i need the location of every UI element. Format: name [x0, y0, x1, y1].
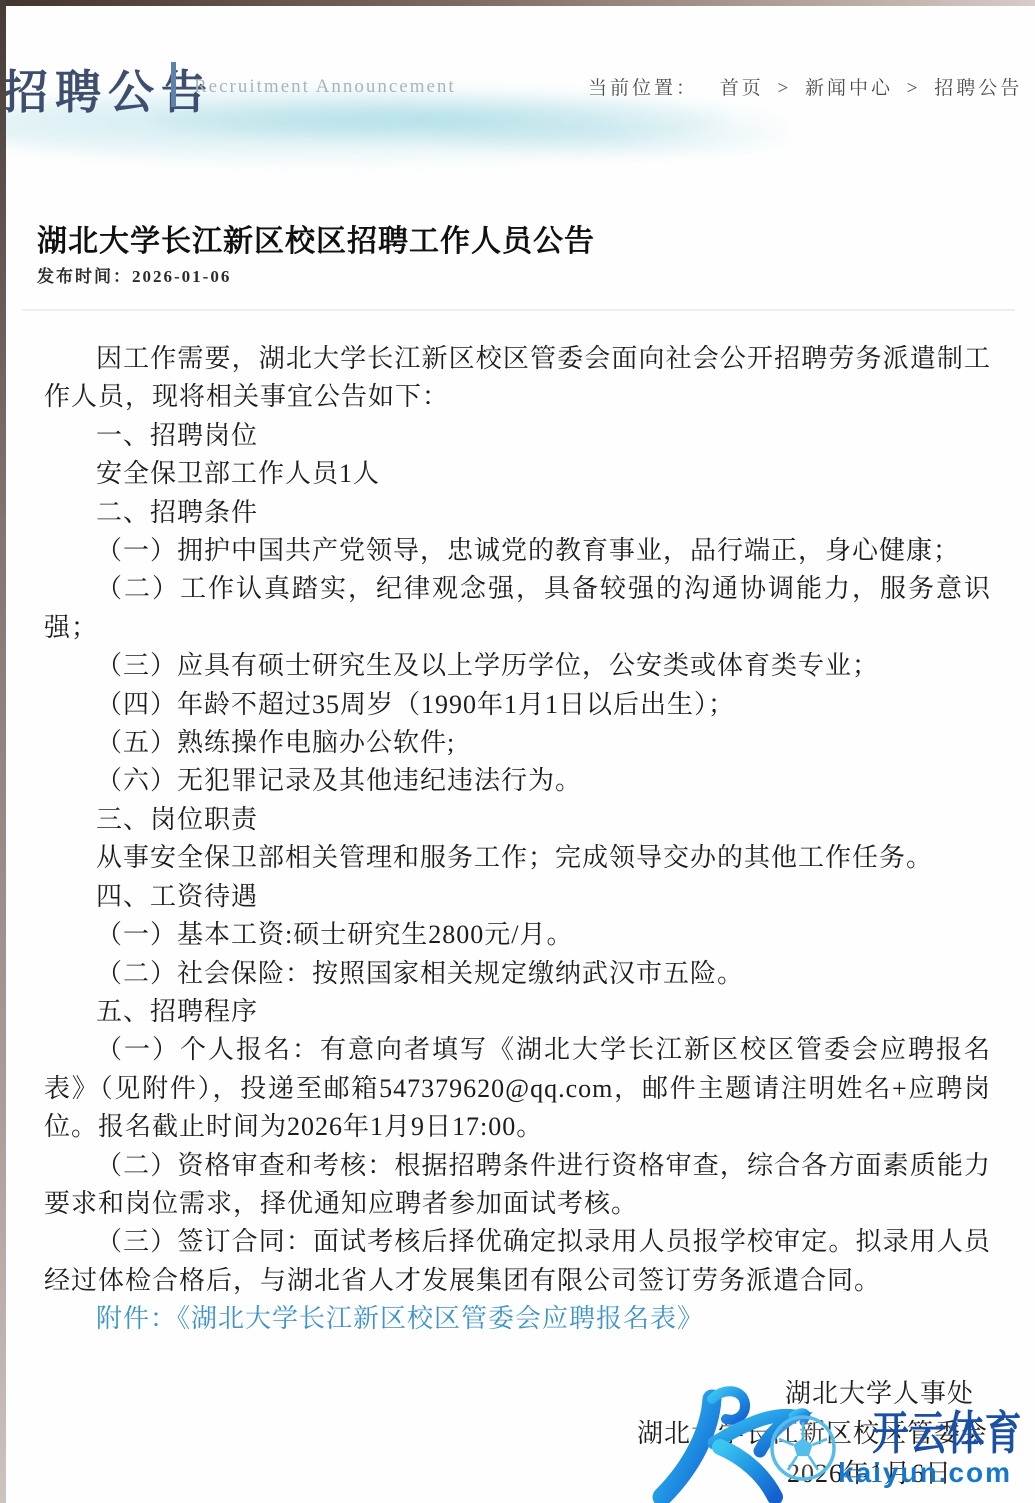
breadcrumb-separator: > — [907, 78, 921, 99]
paragraph: 安全保卫部工作人员1人 — [44, 455, 991, 493]
watercolor-wave — [420, 118, 800, 160]
section-heading: 一、招聘岗位 — [44, 417, 991, 455]
publish-time-label: 发布时间： — [37, 267, 132, 286]
paragraph: 因工作需要，湖北大学长江新区校区管委会面向社会公开招聘劳务派遣制工作人员，现将相… — [44, 340, 991, 417]
section-heading: 二、招聘条件 — [44, 494, 991, 532]
kaiyun-watermark[interactable]: 开云体育 kaiyun.com — [620, 1381, 1035, 1503]
paragraph: （五）熟练操作电脑办公软件; — [44, 724, 991, 762]
title-divider — [22, 309, 1015, 311]
paragraph: 从事安全保卫部相关管理和服务工作；完成领导交办的其他工作任务。 — [44, 839, 991, 877]
section-heading: 四、工资待遇 — [44, 878, 991, 916]
banner-title-cn: 招聘公告 — [2, 56, 214, 122]
watermark-brand-text: 开云体育 — [872, 1397, 1022, 1463]
section-heading: 三、岗位职责 — [44, 801, 991, 839]
paragraph: （二）工作认真踏实，纪律观念强，具备较强的沟通协调能力，服务意识强； — [44, 570, 991, 647]
breadcrumb-label: 当前位置： — [588, 78, 698, 99]
attachment-link[interactable]: 《湖北大学长江新区校区管委会应聘报名表》 — [177, 1304, 704, 1333]
breadcrumb: 当前位置： 首页 > 新闻中心 > 招聘公告 — [588, 73, 1022, 100]
article-title: 湖北大学长江新区校区招聘工作人员公告 — [37, 216, 595, 260]
breadcrumb-link-recruitment[interactable]: 招聘公告 — [934, 78, 1022, 99]
paragraph: （一）个人报名：有意向者填写《湖北大学长江新区校区管委会应聘报名表》（见附件），… — [44, 1031, 991, 1146]
attachment-row: 附件：《湖北大学长江新区校区管委会应聘报名表》 — [44, 1300, 991, 1338]
banner-title-en: Recruitment Announcement — [194, 76, 456, 98]
watercolor-wave — [150, 96, 730, 144]
publish-time-value: 2026-01-06 — [132, 267, 231, 286]
paragraph: （一）基本工资:硕士研究生2800元/月。 — [44, 916, 991, 954]
photo-top-edge — [0, 0, 1035, 6]
attachment-label: 附件： — [96, 1304, 177, 1333]
watermark-domain-text: kaiyun.com — [838, 1457, 1012, 1489]
publish-time: 发布时间：2026-01-06 — [37, 262, 231, 287]
banner-divider — [171, 62, 176, 107]
paragraph: （一）拥护中国共产党领导，忠诚党的教育事业，品行端正，身心健康； — [44, 532, 991, 570]
breadcrumb-separator: > — [778, 78, 792, 99]
section-heading: 五、招聘程序 — [44, 993, 991, 1031]
breadcrumb-link-home[interactable]: 首页 — [720, 78, 764, 99]
breadcrumb-link-news-center[interactable]: 新闻中心 — [805, 78, 893, 99]
paragraph: （六）无犯罪记录及其他违纪违法行为。 — [44, 762, 991, 800]
photo-left-edge — [0, 0, 6, 1503]
article-body: 因工作需要，湖北大学长江新区校区管委会面向社会公开招聘劳务派遣制工作人员，现将相… — [44, 340, 991, 1339]
paragraph: （二）社会保险：按照国家相关规定缴纳武汉市五险。 — [44, 955, 991, 993]
soccer-ball-icon — [768, 1413, 838, 1483]
paragraph: （二）资格审查和考核：根据招聘条件进行资格审查，综合各方面素质能力要求和岗位需求… — [44, 1147, 991, 1224]
paragraph: （四）年龄不超过35周岁（1990年1月1日以后出生）； — [44, 686, 991, 724]
paragraph: （三）应具有硕士研究生及以上学历学位，公安类或体育类专业； — [44, 647, 991, 685]
page-container: 招聘公告 Recruitment Announcement 当前位置： 首页 >… — [0, 0, 1035, 1503]
paragraph: （三）签订合同：面试考核后择优确定拟录用人员报学校审定。拟录用人员经过体检合格后… — [44, 1223, 991, 1300]
